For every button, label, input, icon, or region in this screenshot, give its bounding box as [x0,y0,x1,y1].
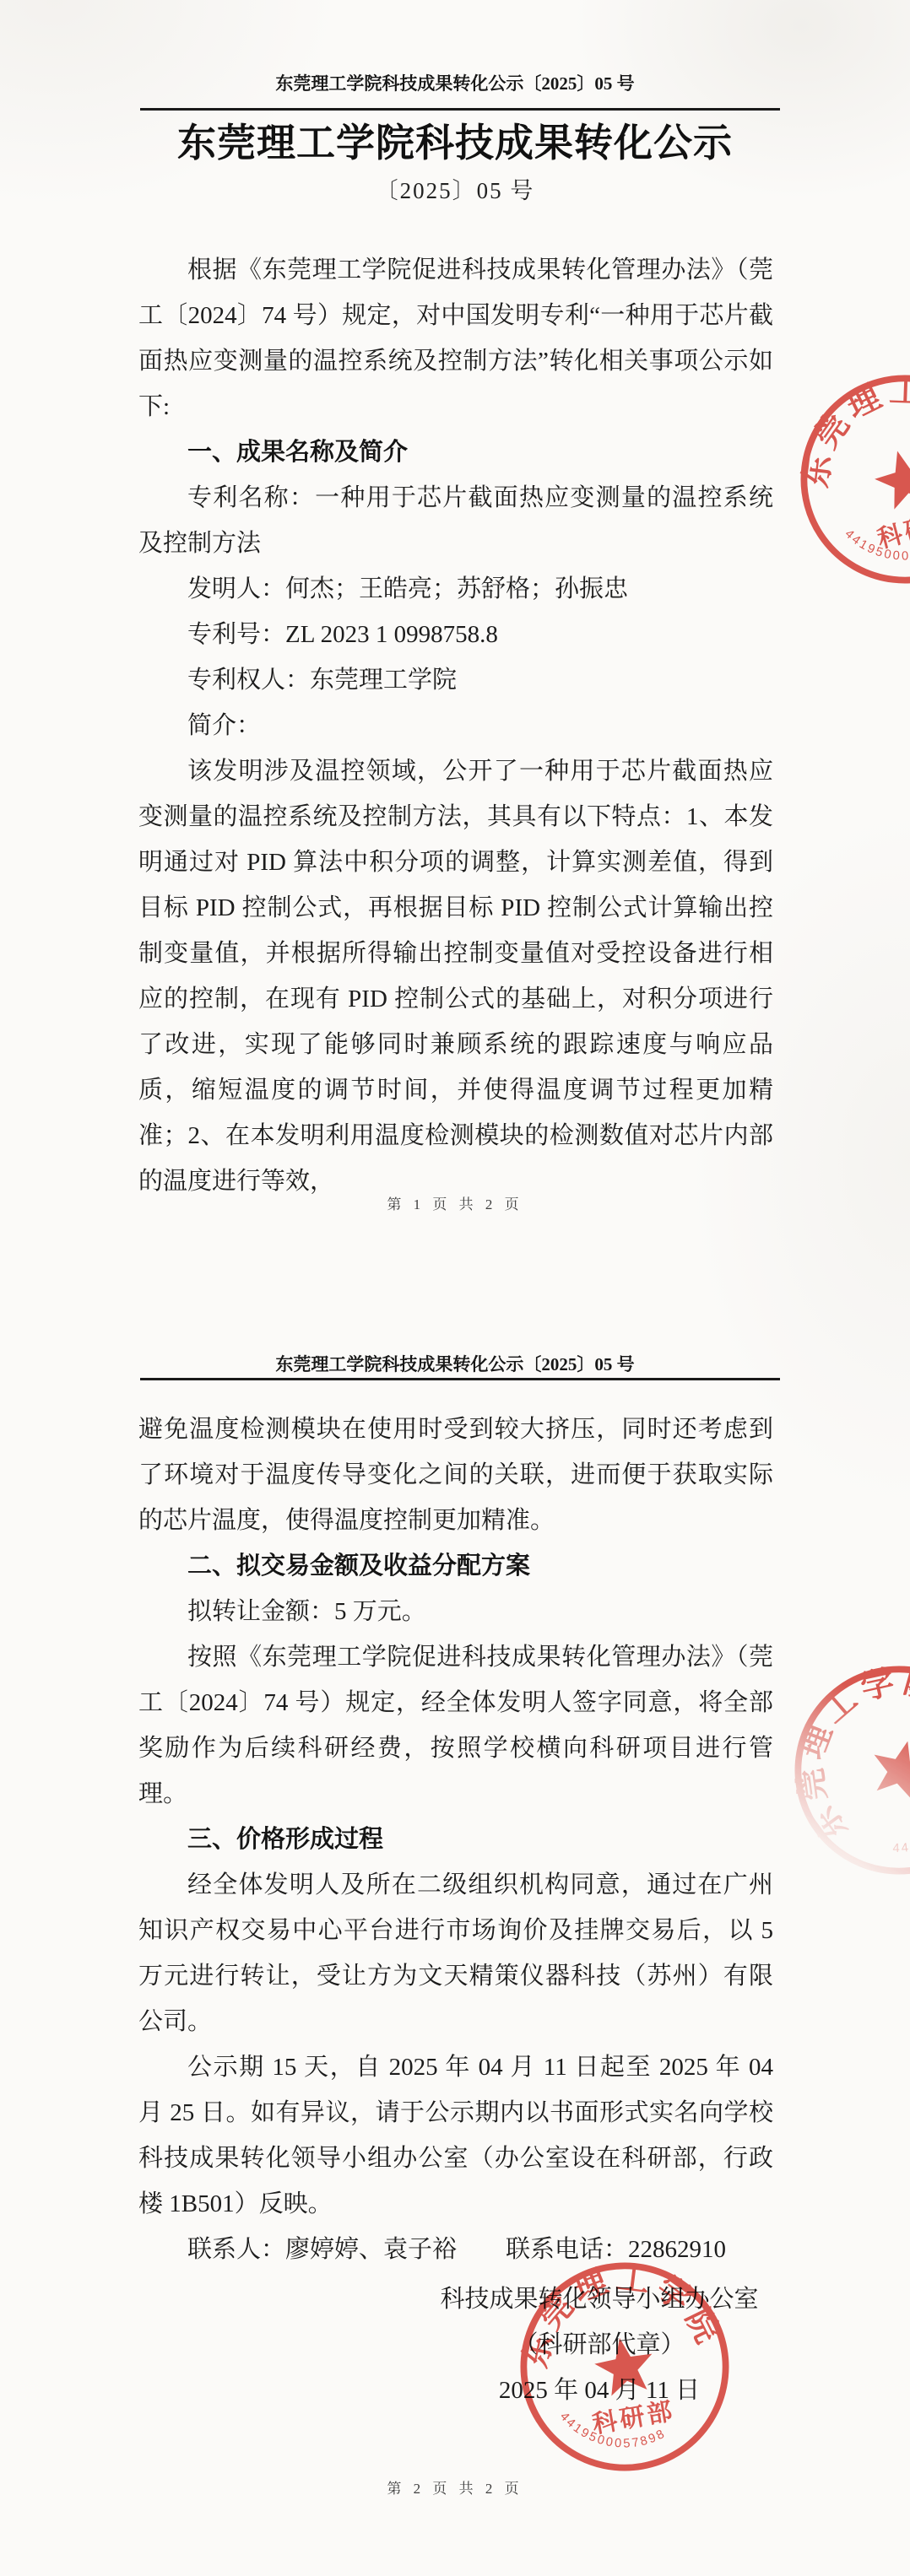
page1-header-rule [140,108,780,111]
seal-ring-text: 东莞理工学院 [752,1623,910,1859]
paragraph: 简介： [138,703,773,748]
paragraph: 专利号：ZL 2023 1 0998758.8 [138,612,773,657]
official-seal-page1: 东莞理工学院 科研部 4419500057898 [771,345,910,613]
page2-footer: 第 2 页 共 2 页 [0,2479,910,2499]
document-title: 东莞理工学院科技成果转化公示 [0,119,910,168]
paragraph: 专利名称：一种用于芯片截面热应变测量的温控系统及控制方法 [138,475,773,566]
seal-star-icon [869,444,910,513]
paragraph: 拟转让金额：5 万元。 [138,1589,773,1634]
paragraph: 按照《东莞理工学院促进科技成果转化管理办法》（莞工〔2024〕74 号）规定，经… [138,1634,773,1817]
section-heading-3: 三、价格形成过程 [138,1817,773,1862]
page1-footer: 第 1 页 共 2 页 [0,1195,910,1215]
paragraph: 该发明涉及温控领域，公开了一种用于芯片截面热应变测量的温控系统及控制方法，其具有… [138,748,773,1204]
page2-running-header: 东莞理工学院科技成果转化公示〔2025〕05 号 [0,1353,910,1375]
paragraph: 避免温度检测模块在使用时受到较大挤压，同时还考虑到了环境对于温度传导变化之间的关… [138,1407,773,1543]
paragraph: 公示期 15 天，自 2025 年 04 月 11 日起至 2025 年 04 … [138,2044,773,2227]
section-heading-2: 二、拟交易金额及收益分配方案 [138,1543,773,1589]
page1-running-header: 东莞理工学院科技成果转化公示〔2025〕05 号 [0,73,910,95]
section-heading-1: 一、成果名称及简介 [138,429,773,475]
official-seal-signature: 东莞理工学院 科研部 4419500057898 [497,2239,751,2493]
seal-star-icon [591,2333,658,2398]
svg-text:东莞理工学院: 东莞理工学院 [752,1623,910,1859]
page2-body: 避免温度检测模块在使用时受到较大挤压，同时还考虑到了环境对于温度传导变化之间的关… [138,1407,773,2272]
paragraph: 经全体发明人及所在二级组织机构同意，通过在广州知识产权交易中心平台进行市场询价及… [138,1862,773,2044]
page2-header-rule [140,1378,780,1380]
seal-star-icon [859,1730,910,1809]
paragraph: 发明人：何杰；王皓亮；苏舒格；孙振忠 [138,566,773,612]
scanned-notice-document: 东莞理工学院科技成果转化公示〔2025〕05 号 东莞理工学院科技成果转化公示 … [0,0,910,2576]
paragraph: 专利权人：东莞理工学院 [138,657,773,703]
page1-body: 根据《东莞理工学院促进科技成果转化管理办法》（莞工〔2024〕74 号）规定，对… [138,247,773,1204]
document-number: 〔2025〕05 号 [0,176,910,206]
paragraph: 根据《东莞理工学院促进科技成果转化管理办法》（莞工〔2024〕74 号）规定，对… [138,247,773,429]
